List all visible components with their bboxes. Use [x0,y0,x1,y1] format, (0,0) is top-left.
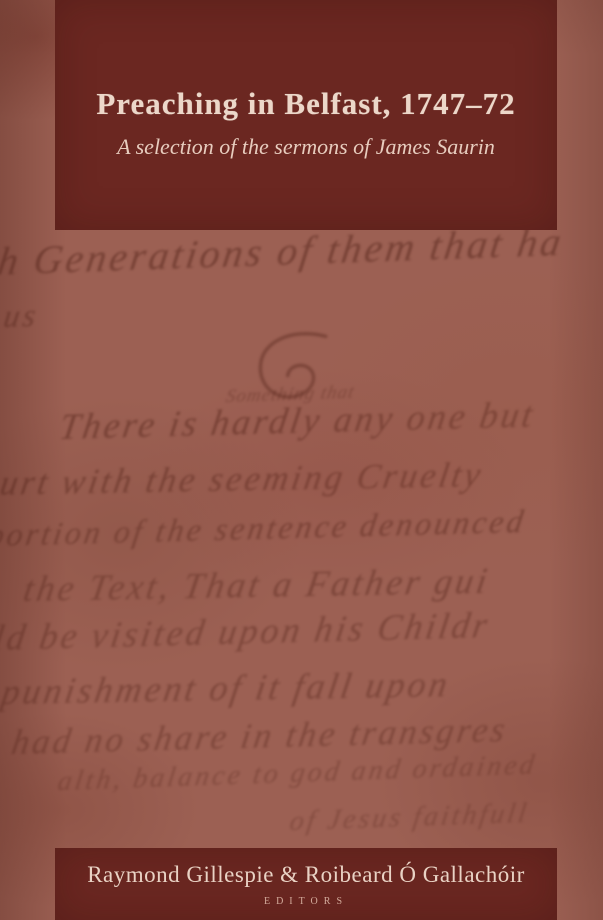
editors-label: EDITORS [55,896,557,907]
manuscript-line: us [1,297,41,335]
authors-names: Raymond Gillespie & Roibeard Ó Gallachói… [55,848,557,888]
manuscript-line: of Jesus faithfull [288,798,531,839]
manuscript-line: There is hardly any one but [57,393,538,448]
manuscript-line: hurt with the seeming Cruelty [0,455,486,504]
authors-panel: Raymond Gillespie & Roibeard Ó Gallachói… [55,848,557,920]
manuscript-line: portion of the sentence denounced [0,503,529,554]
title-panel: Preaching in Belfast, 1747–72 A selectio… [55,0,557,230]
manuscript-line: ld be visited upon his Childr [0,604,493,659]
book-cover: th Generations of them that ha us Someth… [0,0,603,920]
manuscript-line: the Text, That a Father gui [21,560,493,610]
book-title: Preaching in Belfast, 1747–72 [55,0,557,122]
book-subtitle: A selection of the sermons of James Saur… [55,134,557,160]
manuscript-line: punishment of it fall upon [0,663,453,713]
